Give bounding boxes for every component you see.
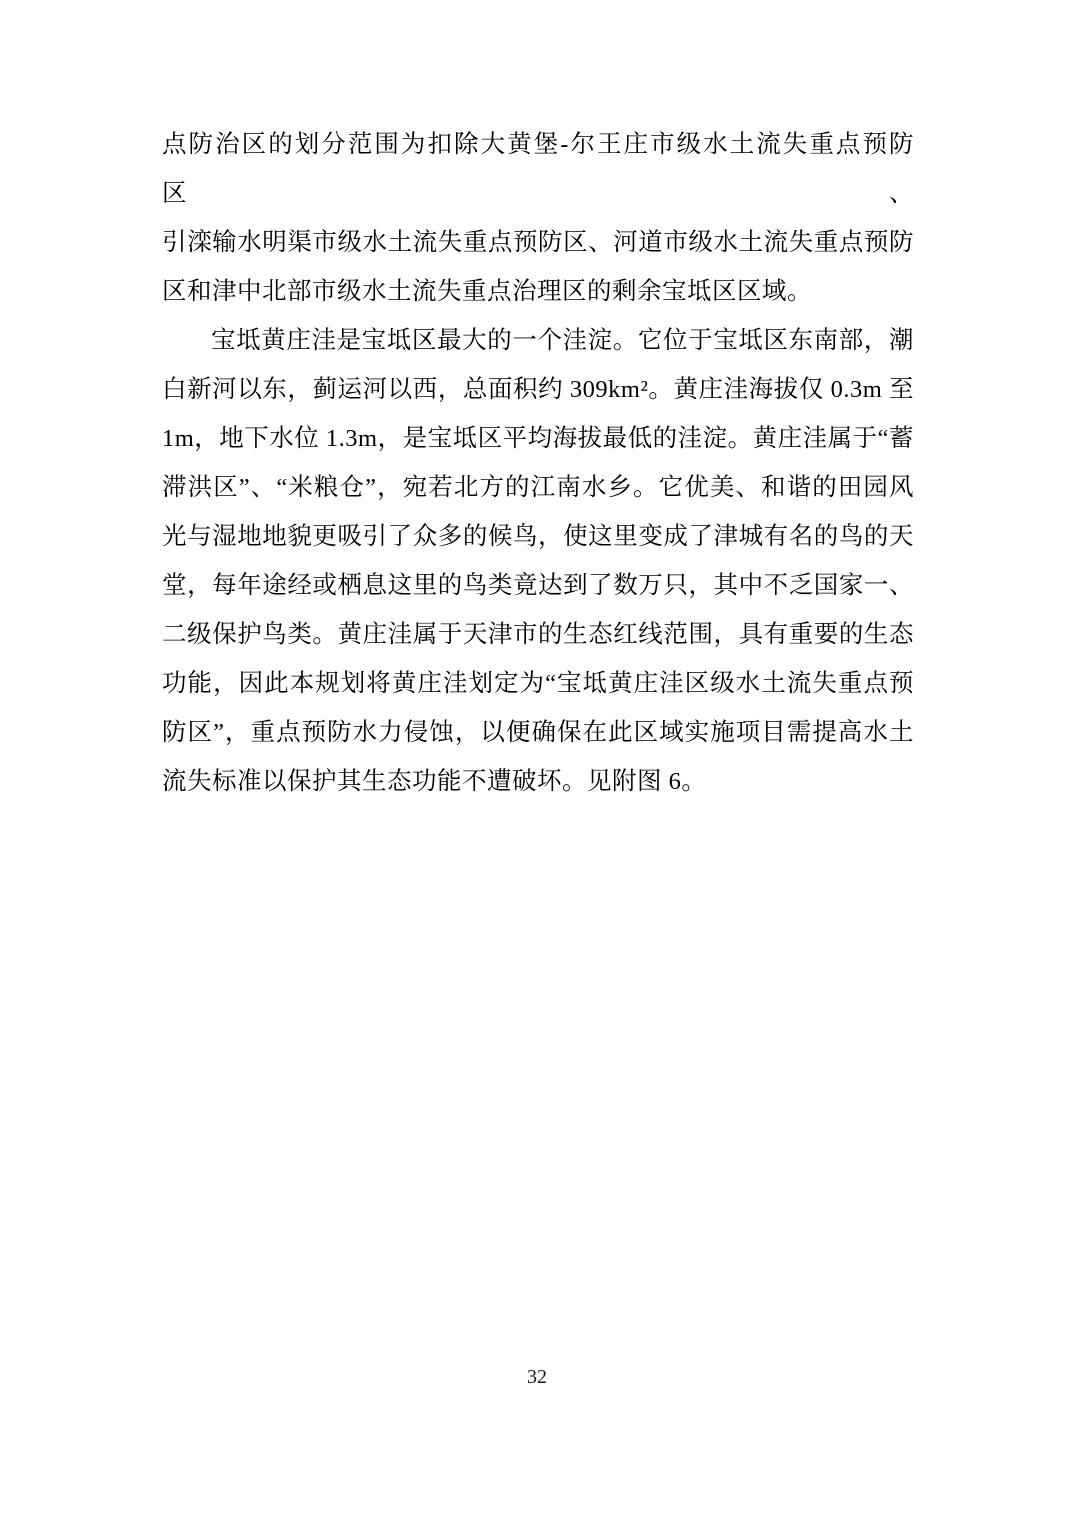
- text-line: 二级保护鸟类。黄庄洼属于天津市的生态红线范围，具有重要的生态: [162, 610, 914, 659]
- text-line: 流失标准以保护其生态功能不遭破坏。见附图 6。: [162, 757, 914, 806]
- page-number: 32: [527, 1366, 547, 1388]
- text-line: 1m，地下水位 1.3m，是宝坻区平均海拔最低的洼淀。黄庄洼属于“蓄: [162, 414, 914, 463]
- text-line: 白新河以东，蓟运河以西，总面积约 309km²。黄庄洼海拔仅 0.3m 至: [162, 365, 914, 414]
- body-text: 点防治区的划分范围为扣除大黄堡-尔王庄市级水土流失重点预防区、 引滦输水明渠市级…: [162, 120, 914, 806]
- text-line: 光与湿地地貌更吸引了众多的候鸟，使这里变成了津城有名的鸟的天: [162, 512, 914, 561]
- text-line: 区和津中北部市级水土流失重点治理区的剩余宝坻区区域。: [162, 267, 914, 316]
- paragraph-huangzhuangwa: 宝坻黄庄洼是宝坻区最大的一个洼淀。它位于宝坻区东南部，潮 白新河以东，蓟运河以西…: [162, 316, 914, 806]
- paragraph-continued: 点防治区的划分范围为扣除大黄堡-尔王庄市级水土流失重点预防区、 引滦输水明渠市级…: [162, 120, 914, 316]
- text-line: 防区”，重点预防水力侵蚀，以便确保在此区域实施项目需提高水土: [162, 708, 914, 757]
- document-page: { "document": { "paragraphs": [ { "lines…: [0, 0, 1074, 1520]
- text-line: 功能，因此本规划将黄庄洼划定为“宝坻黄庄洼区级水土流失重点预: [162, 659, 914, 708]
- text-line: 堂，每年途经或栖息这里的鸟类竟达到了数万只，其中不乏国家一、: [162, 561, 914, 610]
- text-line: 点防治区的划分范围为扣除大黄堡-尔王庄市级水土流失重点预防区、: [162, 120, 914, 218]
- page-background: 点防治区的划分范围为扣除大黄堡-尔王庄市级水土流失重点预防区、 引滦输水明渠市级…: [0, 0, 1074, 1520]
- page-footer: 32: [0, 1366, 1074, 1389]
- text-line: 引滦输水明渠市级水土流失重点预防区、河道市级水土流失重点预防: [162, 218, 914, 267]
- text-line: 滞洪区”、“米粮仓”，宛若北方的江南水乡。它优美、和谐的田园风: [162, 463, 914, 512]
- text-line: 宝坻黄庄洼是宝坻区最大的一个洼淀。它位于宝坻区东南部，潮: [162, 316, 914, 365]
